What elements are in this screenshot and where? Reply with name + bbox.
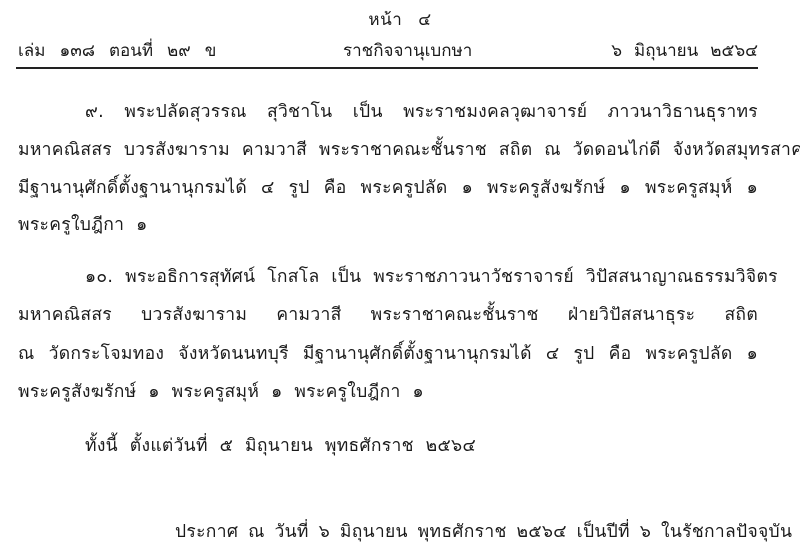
paragraph-10-line-2: มหาคณิสสร บวรสังฆาราม คามวาสี พระราชาคณะ… <box>18 300 758 328</box>
proclamation-date: ประกาศ ณ วันที่ ๖ มิถุนายน พุทธศักราช ๒๕… <box>175 517 758 545</box>
paragraph-10-line-4: พระครูสังฆรักษ์ ๑ พระครูสมุห์ ๑ พระครูใบ… <box>18 377 758 405</box>
paragraph-9-line-2: มหาคณิสสร บวรสังฆาราม คามวาสี พระราชาคณะ… <box>18 135 758 163</box>
document-body: ๙. พระปลัดสุวรรณ สุวิชาโน เป็น พระราชมงค… <box>0 0 800 556</box>
effective-date: ทั้งนี้ ตั้งแต่วันที่ ๕ มิถุนายน พุทธศัก… <box>85 431 758 459</box>
paragraph-9-line-1: ๙. พระปลัดสุวรรณ สุวิชาโน เป็น พระราชมงค… <box>85 97 758 125</box>
paragraph-9-line-3: มีฐานานุศักดิ์ตั้งฐานานุกรมได้ ๔ รูป คือ… <box>18 173 758 201</box>
paragraph-10-line-3: ณ วัดกระโจมทอง จังหวัดนนทบุรี มีฐานานุศั… <box>18 339 758 367</box>
paragraph-9-line-4: พระครูใบฎีกา ๑ <box>18 210 758 238</box>
paragraph-10-line-1: ๑๐. พระอธิการสุทัศน์ โกสโล เป็น พระราชภา… <box>85 262 758 290</box>
